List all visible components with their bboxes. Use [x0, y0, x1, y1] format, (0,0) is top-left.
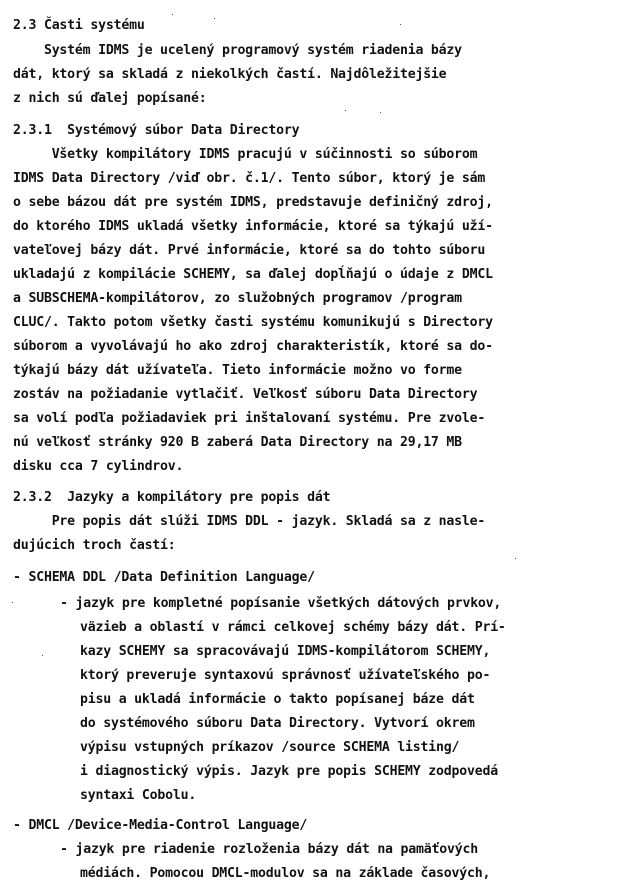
paragraph-line: a SUBSCHEMA-kompilátorov, zo služobných …	[13, 291, 462, 307]
paragraph-line: zostáv na požiadanie vytlačiť. Veľkosť s…	[13, 387, 477, 403]
section-heading-2-3-1: 2.3.1 Systémový súbor Data Directory	[13, 123, 299, 139]
paragraph-line: do ktorého IDMS ukladá všetky informácie…	[13, 219, 493, 235]
scan-speck	[42, 655, 43, 656]
sublist-item-line: kazy SCHEMY sa spracovávajú IDMS-kompilá…	[80, 644, 490, 660]
section-heading-2-3: 2.3 Časti systému	[13, 18, 145, 34]
paragraph-line: ukladajú z kompilácie SCHEMY, sa ďalej d…	[13, 267, 493, 283]
paragraph-line: dát, ktorý sa skladá z niekolkých častí.…	[13, 67, 446, 83]
scan-speck	[345, 110, 346, 111]
paragraph-line: dujúcich troch častí:	[13, 538, 176, 554]
sublist-item-line: médiách. Pomocou DMCL-modulov sa na zákl…	[80, 866, 490, 882]
sublist-item-line: do systémového súboru Data Directory. Vy…	[80, 716, 475, 732]
paragraph-line: IDMS Data Directory /viď obr. č.1/. Tent…	[13, 171, 485, 187]
scan-speck	[400, 24, 401, 25]
scan-speck	[214, 18, 215, 19]
sublist-item-line: väzieb a oblastí v rámci celkovej schémy…	[80, 620, 506, 636]
list-item-schema-ddl: - SCHEMA DDL /Data Definition Language/	[13, 570, 315, 586]
scan-speck	[12, 602, 13, 603]
section-heading-2-3-2: 2.3.2 Jazyky a kompilátory pre popis dát	[13, 490, 330, 506]
paragraph-line: CLUC/. Takto potom všetky časti systému …	[13, 315, 493, 331]
sublist-item-line: ktorý preveruje syntaxovú správnosť užív…	[80, 668, 490, 684]
paragraph-line: z nich sú ďalej popísané:	[13, 91, 207, 107]
paragraph-line: Systém IDMS je ucelený programový systém…	[13, 43, 462, 59]
list-item-dmcl: - DMCL /Device-Media-Control Language/	[13, 818, 307, 834]
scan-speck	[515, 558, 516, 559]
sublist-item-line: syntaxi Cobolu.	[80, 788, 196, 804]
sublist-item-line: i diagnostický výpis. Jazyk pre popis SC…	[80, 764, 498, 780]
paragraph-line: súborom a vyvolávajú ho ako zdroj charak…	[13, 339, 493, 355]
paragraph-line: nú veľkosť stránky 920 B zaberá Data Dir…	[13, 435, 462, 451]
scan-speck	[172, 14, 173, 15]
sublist-item-line: - jazyk pre kompletné popísanie všetkých…	[60, 596, 501, 612]
scan-speck	[380, 112, 381, 113]
sublist-item-line: výpisu vstupných príkazov /source SCHEMA…	[80, 740, 459, 756]
paragraph-line: Pre popis dát slúži IDMS DDL - jazyk. Sk…	[13, 514, 485, 530]
paragraph-line: disku cca 7 cylindrov.	[13, 459, 183, 475]
paragraph-line: o sebe bázou dát pre systém IDMS, predst…	[13, 195, 493, 211]
paragraph-line: vateľovej bázy dát. Prvé informácie, kto…	[13, 243, 485, 259]
paragraph-line: sa volí podľa požiadaviek pri inštalovan…	[13, 411, 485, 427]
paragraph-line: Všetky kompilátory IDMS pracujú v súčinn…	[13, 147, 477, 163]
paragraph-line: týkajú bázy dát užívateľa. Tieto informá…	[13, 363, 462, 379]
sublist-item-line: pisu a ukladá informácie o takto popísan…	[80, 692, 475, 708]
sublist-item-line: - jazyk pre riadenie rozloženia bázy dát…	[60, 842, 478, 858]
